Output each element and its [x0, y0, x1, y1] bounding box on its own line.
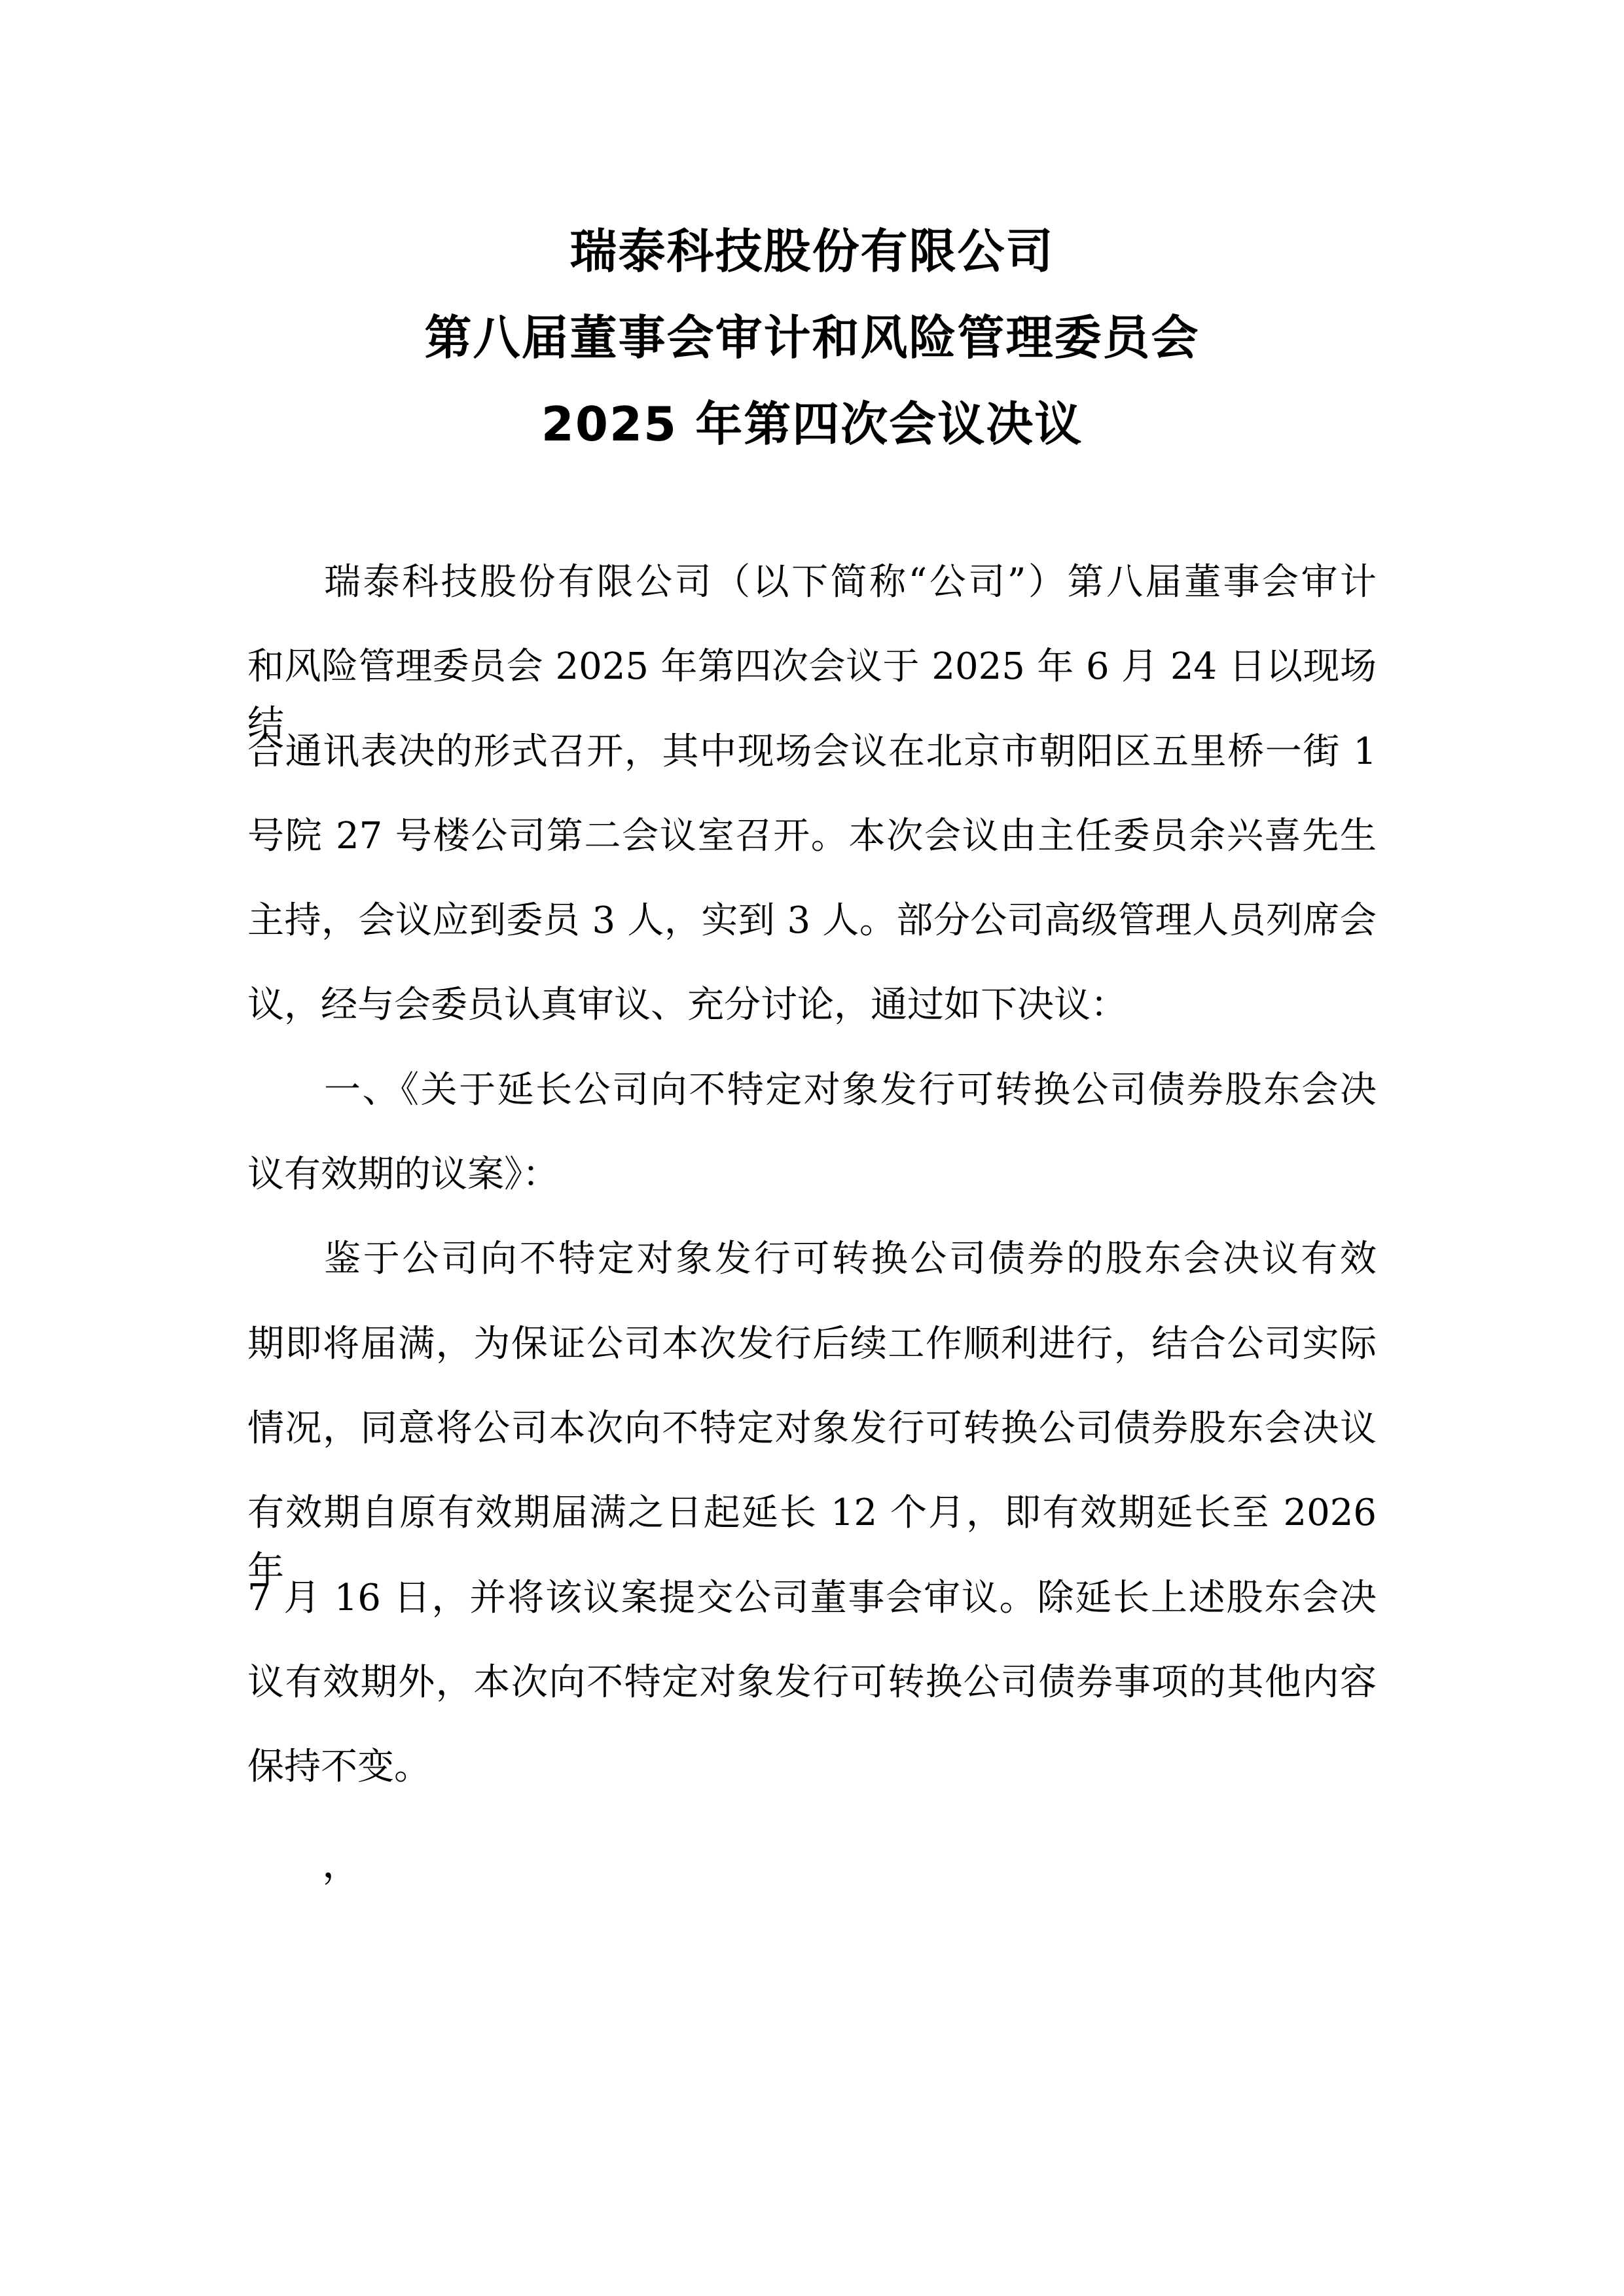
resolution-item-body: 情况，同意将公司本次向不特定对象发行可转换公司债券股东会决议: [247, 1400, 1377, 1484]
stray-comma-mark: ，: [322, 1844, 361, 1884]
resolution-item-body: 有效期自原有效期届满之日起延长 12 个月，即有效期延长至 2026 年: [247, 1484, 1377, 1569]
body-line: 主持，会议应到委员 3 人，实到 3 人。部分公司高级管理人员列席会: [247, 892, 1377, 977]
resolution-item-body: 7 月 16 日，并将该议案提交公司董事会审议。除延长上述股东会决: [247, 1570, 1377, 1654]
body-line: 和风险管理委员会 2025 年第四次会议于 2025 年 6 月 24 日以现场…: [247, 638, 1377, 723]
body-line: 合通讯表决的形式召开，其中现场会议在北京市朝阳区五里桥一街 1: [247, 723, 1377, 808]
title-company-name: 瑞泰科技股份有限公司: [0, 208, 1624, 295]
document-body: 瑞泰科技股份有限公司（以下简称“公司”）第八届董事会审计 和风险管理委员会 20…: [247, 554, 1377, 1823]
document-title: 瑞泰科技股份有限公司 第八届董事会审计和风险管理委员会 2025 年第四次会议决…: [0, 208, 1624, 467]
resolution-item-body: 议有效期外，本次向不特定对象发行可转换公司债券事项的其他内容: [247, 1654, 1377, 1738]
body-line: 议，经与会委员认真审议、充分讨论，通过如下决议：: [247, 977, 1377, 1061]
resolution-item-heading: 议有效期的议案》：: [247, 1146, 1377, 1230]
body-line: 号院 27 号楼公司第二会议室召开。本次会议由主任委员余兴喜先生: [247, 808, 1377, 892]
title-meeting-resolution: 2025 年第四次会议决议: [0, 381, 1624, 467]
resolution-item-body: 鉴于公司向不特定对象发行可转换公司债券的股东会决议有效: [247, 1230, 1377, 1315]
resolution-item-body: 期即将届满，为保证公司本次发行后续工作顺利进行，结合公司实际: [247, 1316, 1377, 1400]
body-line: 瑞泰科技股份有限公司（以下简称“公司”）第八届董事会审计: [247, 554, 1377, 638]
document-page: 瑞泰科技股份有限公司 第八届董事会审计和风险管理委员会 2025 年第四次会议决…: [0, 0, 1624, 2296]
resolution-item-body: 保持不变。: [247, 1738, 1377, 1823]
title-committee-name: 第八届董事会审计和风险管理委员会: [0, 295, 1624, 381]
resolution-item-heading: 一、《关于延长公司向不特定对象发行可转换公司债券股东会决: [247, 1062, 1377, 1146]
